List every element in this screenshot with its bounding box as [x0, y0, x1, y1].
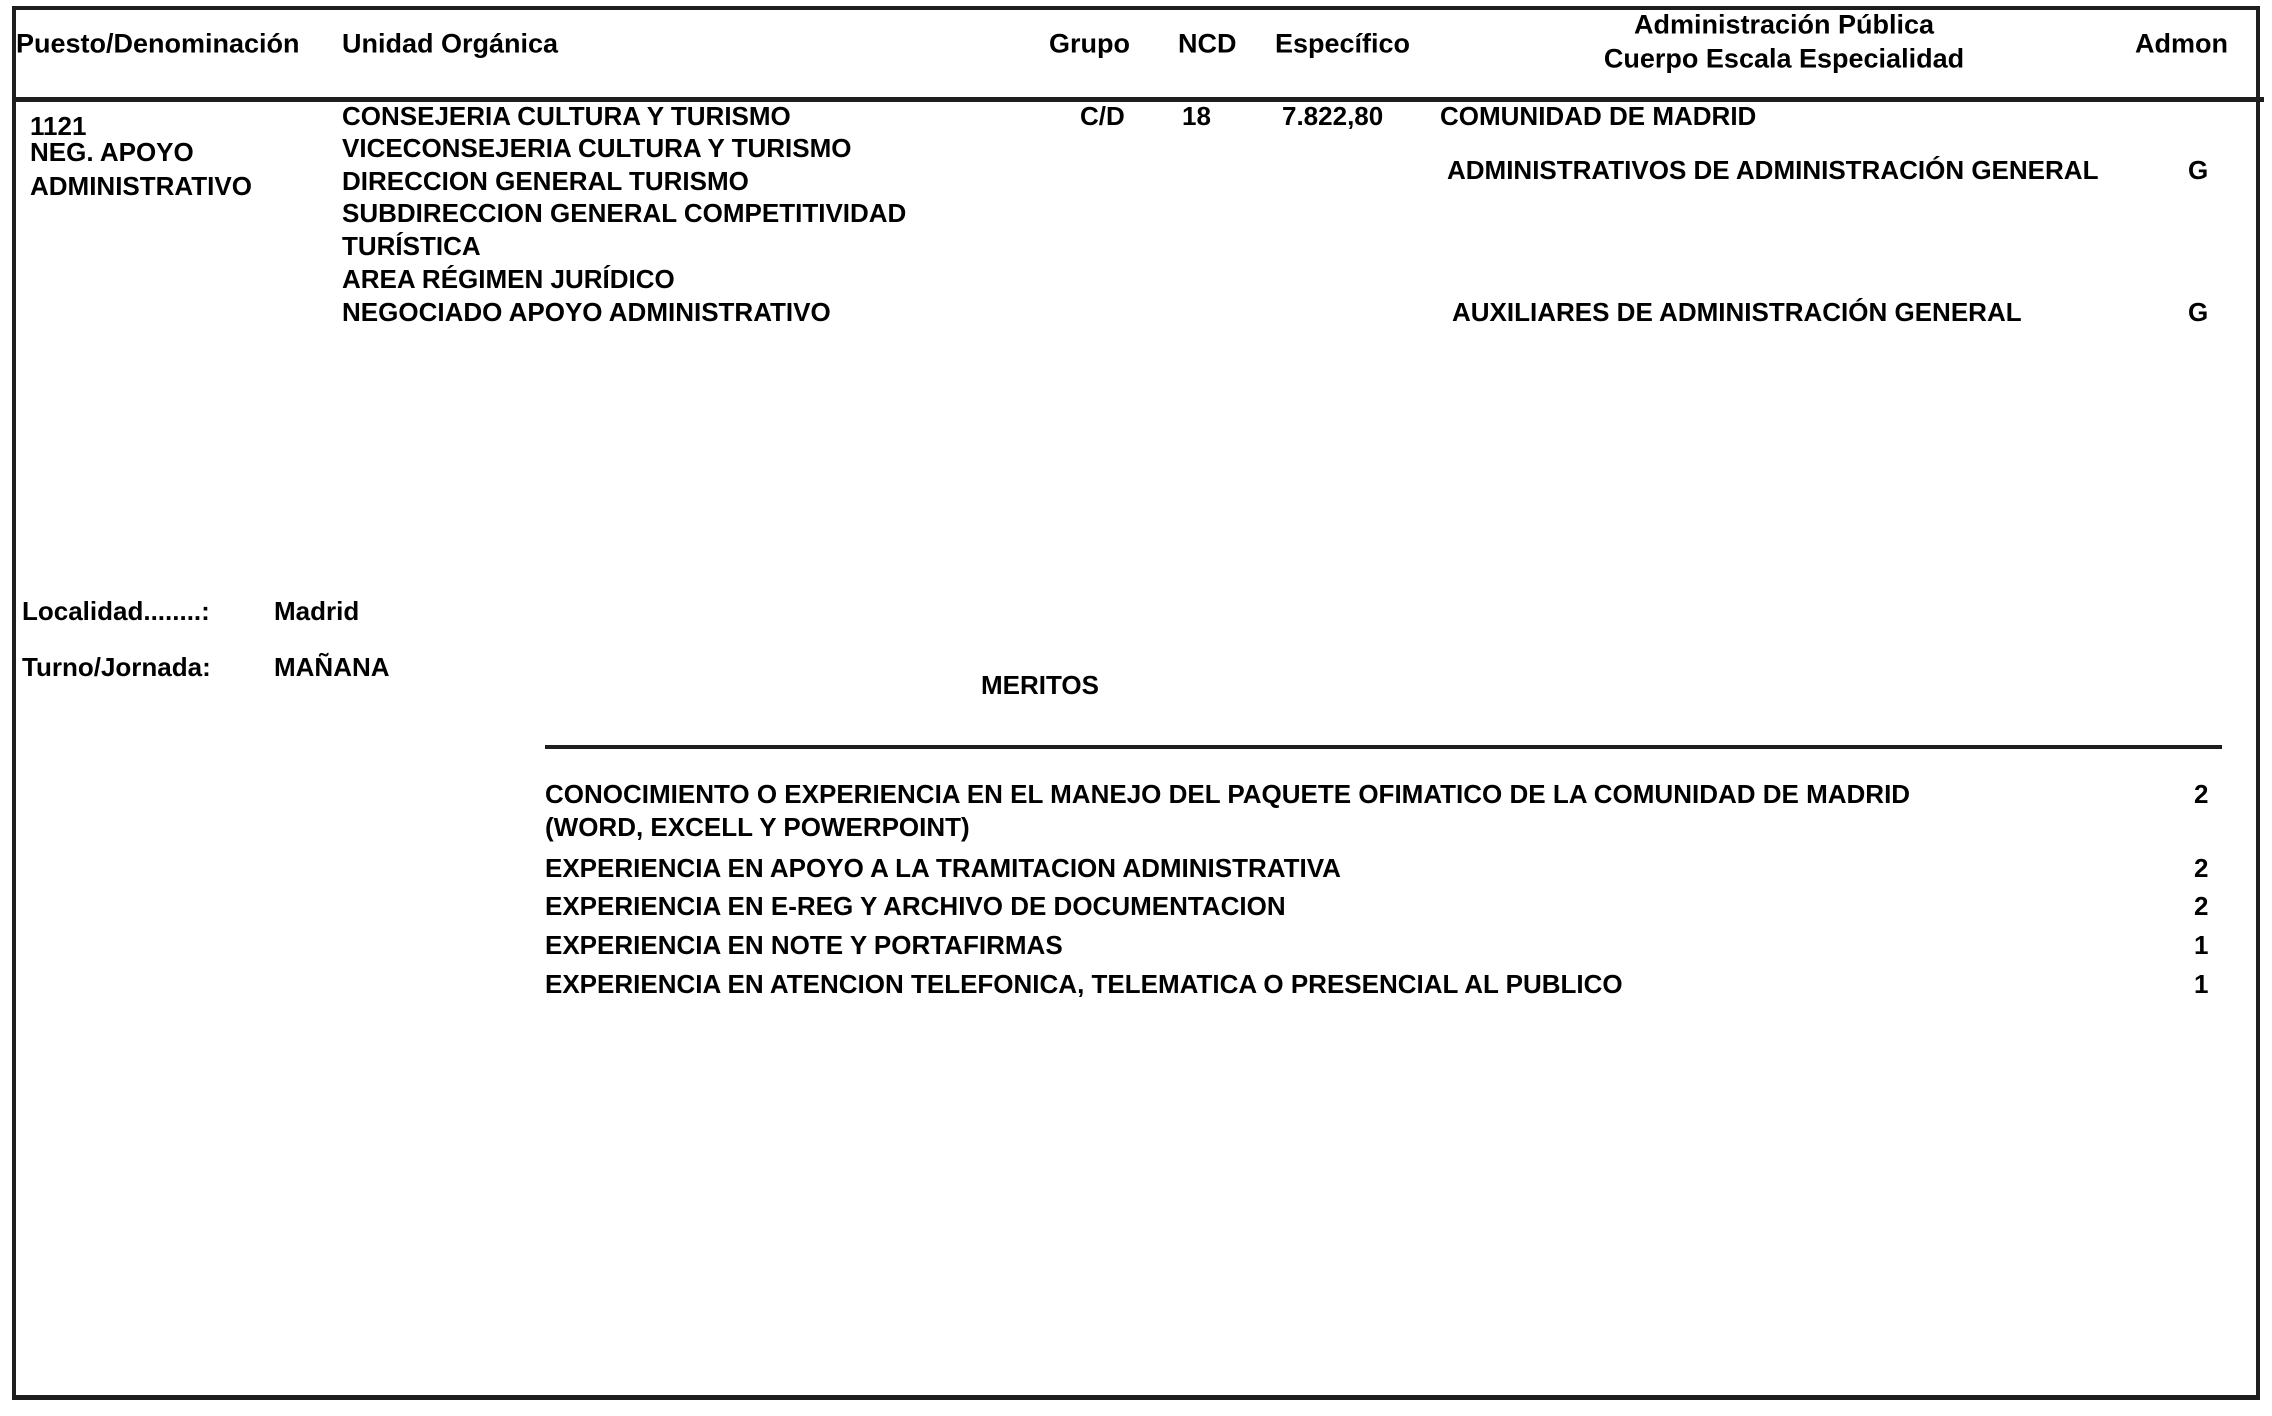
merito-item: CONOCIMIENTO O EXPERIENCIA EN EL MANEJO … — [545, 781, 1910, 807]
header-admon: Admon — [2135, 31, 2228, 58]
merito-points: 2 — [2194, 855, 2208, 881]
turno-value: MAÑANA — [274, 654, 390, 680]
especifico-value: 7.822,80 — [1282, 103, 1383, 129]
puesto-name-line1: NEG. APOYO — [30, 139, 194, 165]
header-especifico: Específico — [1275, 31, 1410, 58]
grupo-value: C/D — [1080, 103, 1125, 129]
unidad-line: NEGOCIADO APOYO ADMINISTRATIVO — [342, 299, 831, 325]
puesto-name-line2: ADMINISTRATIVO — [30, 173, 252, 199]
unidad-line: DIRECCION GENERAL TURISMO — [342, 168, 749, 194]
header-ncd: NCD — [1178, 31, 1237, 58]
unidad-line: CONSEJERIA CULTURA Y TURISMO — [342, 103, 791, 129]
meritos-title: MERITOS — [981, 672, 1099, 698]
cuerpo-admon: G — [2188, 157, 2208, 183]
cuerpo-name: AUXILIARES DE ADMINISTRACIÓN GENERAL — [1452, 299, 2022, 325]
merito-item: EXPERIENCIA EN APOYO A LA TRAMITACION AD… — [545, 855, 1341, 881]
merito-item: EXPERIENCIA EN ATENCION TELEFONICA, TELE… — [545, 971, 1623, 997]
header-admin-publica: Administración Pública — [1634, 12, 1934, 39]
merito-item: EXPERIENCIA EN E-REG Y ARCHIVO DE DOCUME… — [545, 893, 1286, 919]
cuerpo-admon: G — [2188, 299, 2208, 325]
localidad-value: Madrid — [274, 598, 359, 624]
puesto-code: 1121 — [30, 113, 86, 139]
unidad-line: VICECONSEJERIA CULTURA Y TURISMO — [342, 135, 851, 161]
turno-label: Turno/Jornada: — [22, 654, 211, 680]
merito-item: EXPERIENCIA EN NOTE Y PORTAFIRMAS — [545, 932, 1063, 958]
header-cuerpo-escala: Cuerpo Escala Especialidad — [1604, 46, 1964, 73]
unidad-line: AREA RÉGIMEN JURÍDICO — [342, 266, 675, 292]
localidad-label: Localidad........: — [22, 598, 210, 624]
merito-points: 1 — [2194, 971, 2208, 997]
cuerpo-name: ADMINISTRATIVOS DE ADMINISTRACIÓN GENERA… — [1447, 157, 2098, 183]
unidad-line: SUBDIRECCION GENERAL COMPETITIVIDAD — [342, 200, 906, 226]
merito-points: 1 — [2194, 932, 2208, 958]
unidad-line: TURÍSTICA — [342, 233, 481, 259]
meritos-divider — [545, 745, 2222, 749]
administracion-value: COMUNIDAD DE MADRID — [1440, 103, 1756, 129]
merito-points: 2 — [2194, 893, 2208, 919]
header-grupo: Grupo — [1049, 31, 1130, 58]
merito-points: 2 — [2194, 781, 2208, 807]
merito-item-cont: (WORD, EXCELL Y POWERPOINT) — [545, 814, 970, 840]
header-unidad: Unidad Orgánica — [342, 31, 558, 58]
ncd-value: 18 — [1182, 103, 1211, 129]
header-puesto: Puesto/Denominación — [16, 31, 300, 58]
